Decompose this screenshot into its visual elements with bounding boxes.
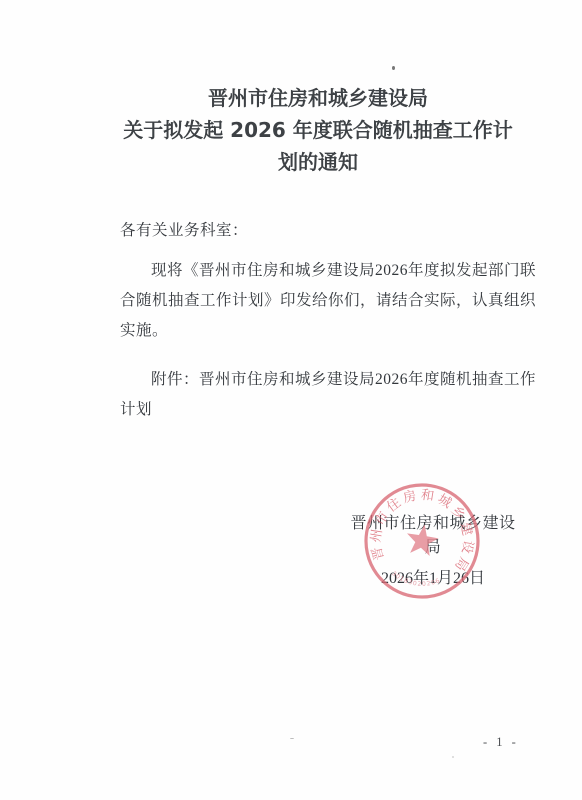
page-number: - 1 - <box>483 735 519 750</box>
scan-speck <box>452 756 454 758</box>
salutation: 各有关业务科室： <box>120 216 538 246</box>
document-page: 晋州市住房和城乡建设局 关于拟发起 2026 年度联合随机抽查工作计 划的通知 … <box>0 0 582 800</box>
attachment-line-1: 附件：晋州市住房和城乡建设局2026年度随机抽查工作 <box>120 365 538 395</box>
paragraph-line-2: 合随机抽查工作计划》印发给你们，请结合实际，认真组织 <box>120 286 538 316</box>
paragraph-line-1: 现将《晋州市住房和城乡建设局2026年度拟发起部门联 <box>120 256 538 286</box>
document-title: 晋州市住房和城乡建设局 关于拟发起 2026 年度联合随机抽查工作计 划的通知 <box>54 82 582 178</box>
title-line-3: 划的通知 <box>54 146 582 178</box>
scan-speck <box>290 738 294 739</box>
attachment-line-2: 计划 <box>120 395 538 425</box>
scan-speck <box>392 66 395 70</box>
signing-organization: 晋州市住房和城乡建设局 <box>343 512 523 560</box>
main-paragraph: 现将《晋州市住房和城乡建设局2026年度拟发起部门联 合随机抽查工作计划》印发给… <box>120 256 538 346</box>
title-line-1: 晋州市住房和城乡建设局 <box>54 82 582 114</box>
signing-date: 2026年1月26日 <box>343 567 523 591</box>
title-line-2: 关于拟发起 2026 年度联合随机抽查工作计 <box>54 114 582 146</box>
attachment-note: 附件：晋州市住房和城乡建设局2026年度随机抽查工作 计划 <box>120 365 538 425</box>
paragraph-line-3: 实施。 <box>120 316 538 346</box>
signature-block: 晋州市住房和城乡建设局 2026年1月26日 <box>343 512 523 591</box>
